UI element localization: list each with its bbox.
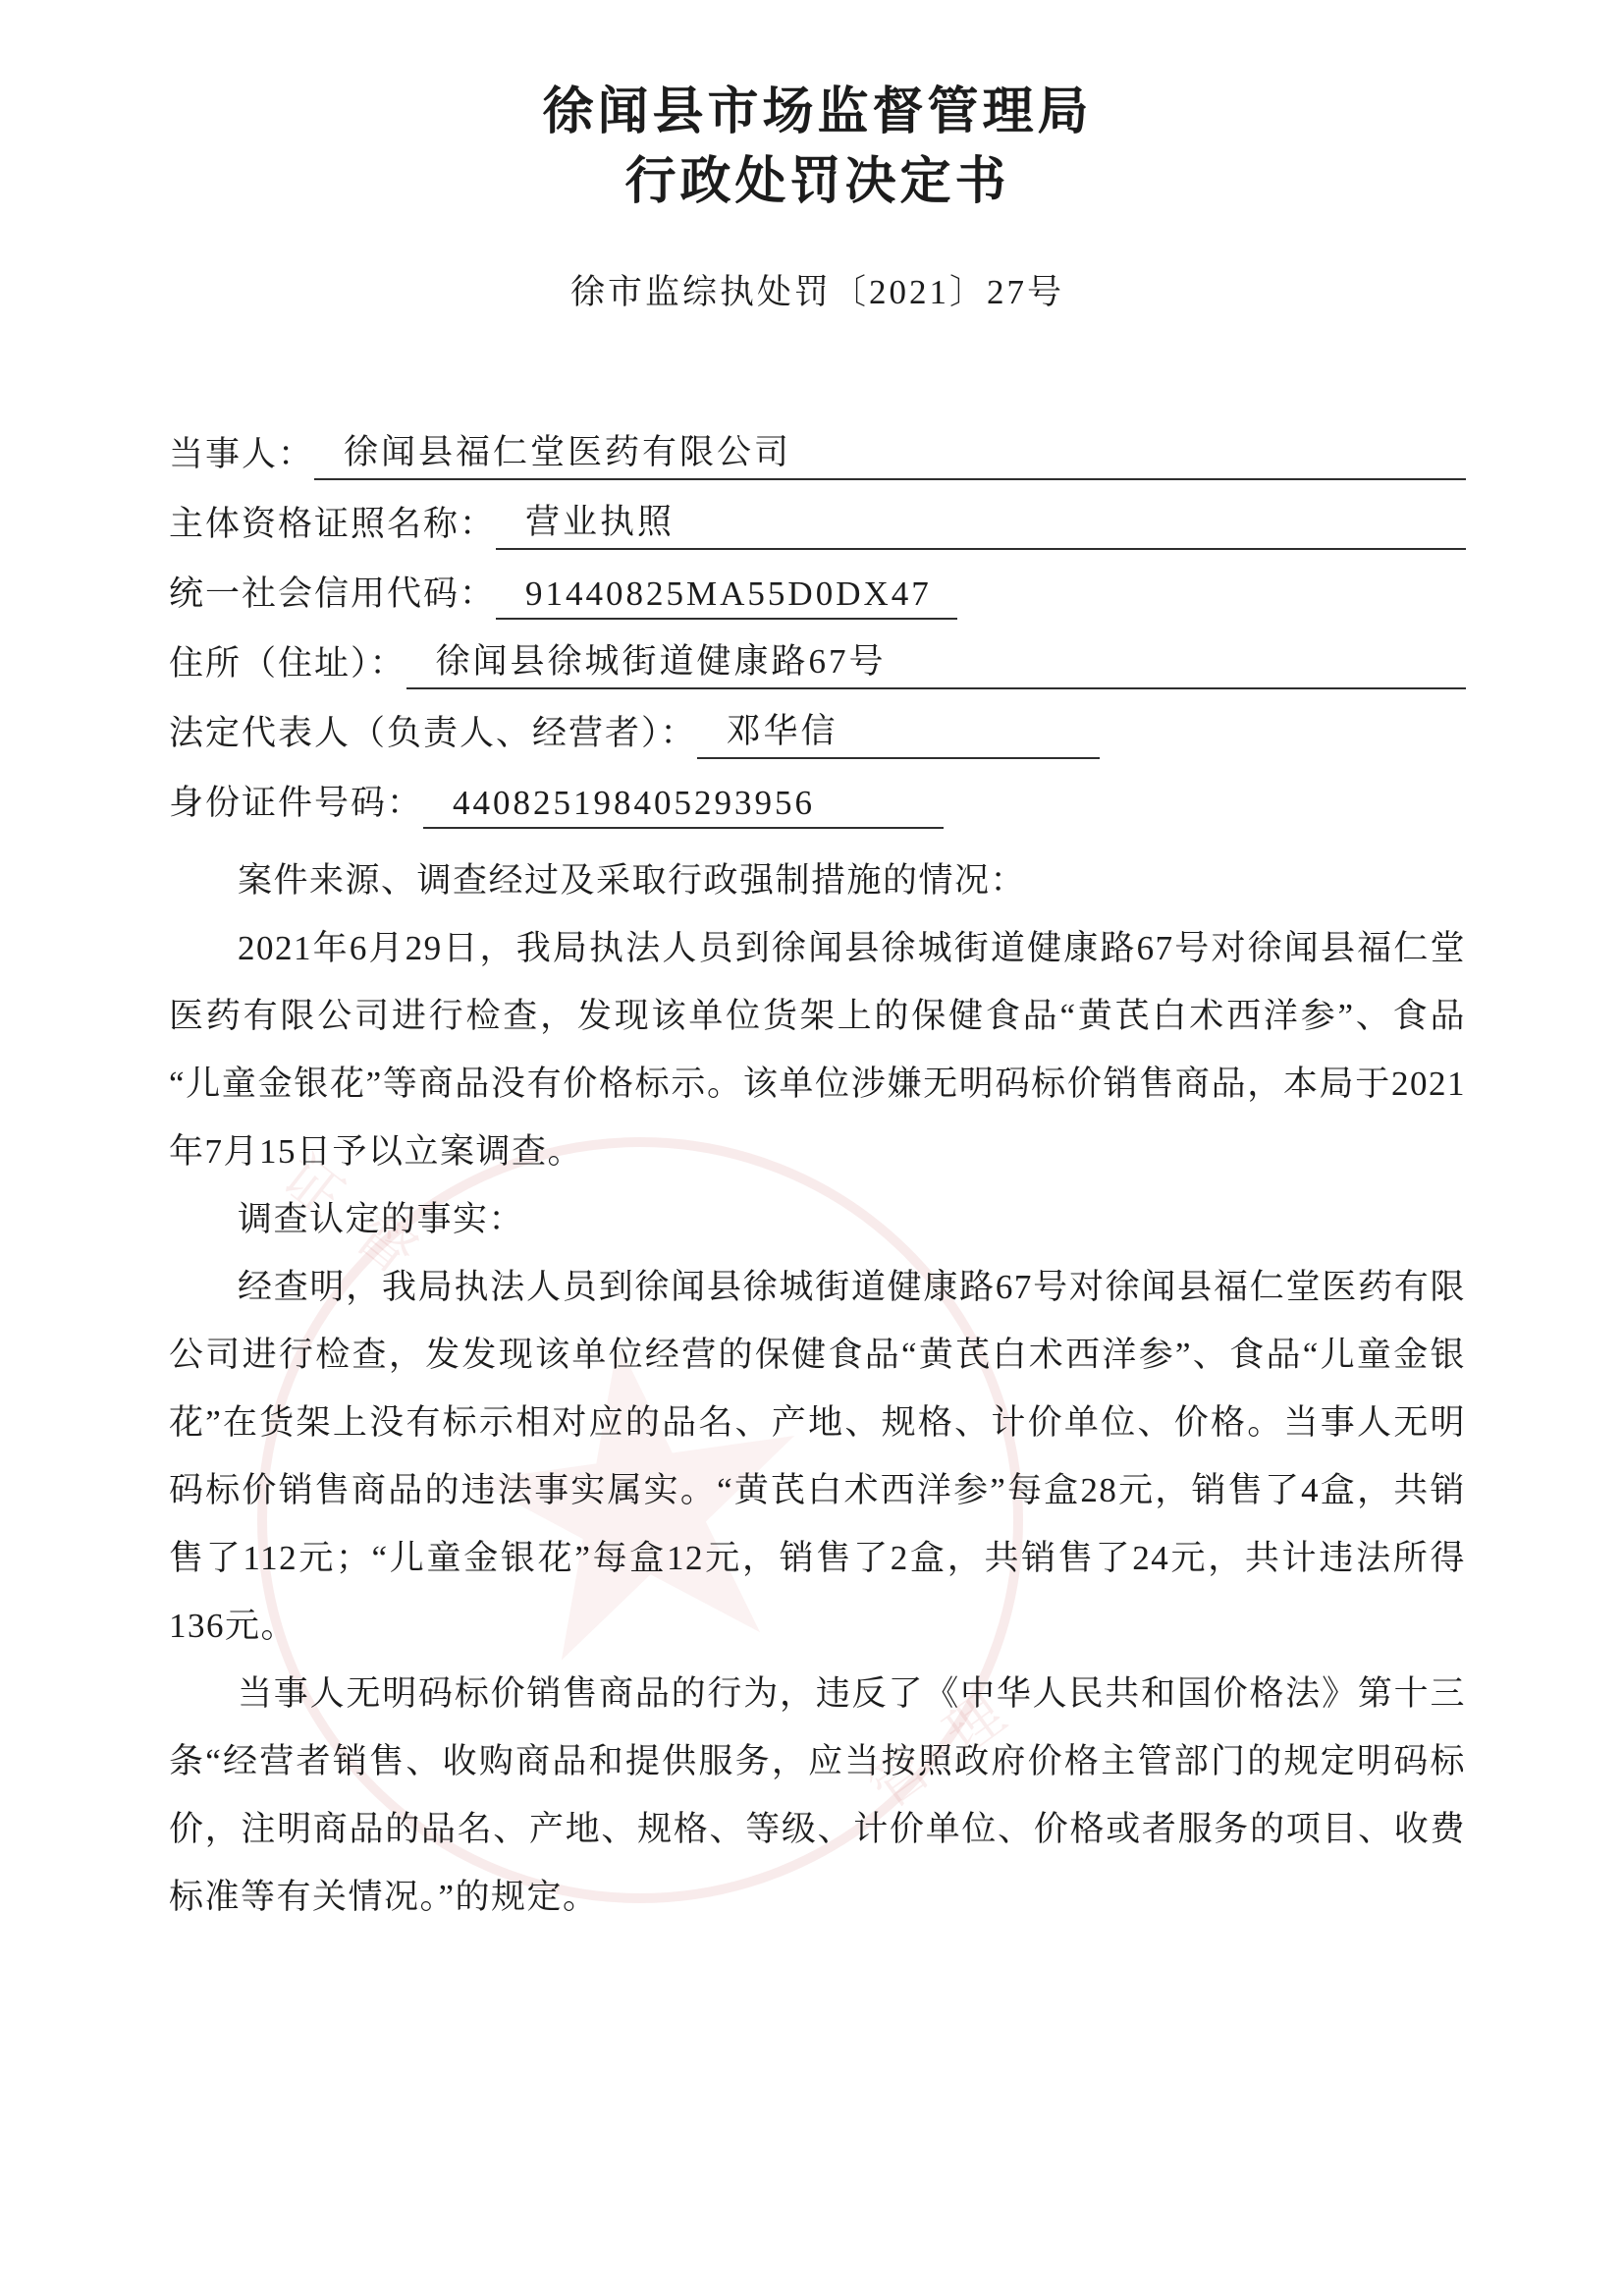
field-value-credit-code: 91440825MA55D0DX47 (496, 574, 957, 620)
document-number: 徐市监综执处罚〔2021〕27号 (169, 265, 1466, 314)
field-value-legal-representative: 邓华信 (697, 704, 1100, 759)
document-body: 案件来源、调查经过及采取行政强制措施的情况： 2021年6月29日，我局执法人员… (169, 847, 1466, 1931)
field-value-id-number: 440825198405293956 (423, 784, 944, 829)
paragraph-case-source-detail: 2021年6月29日，我局执法人员到徐闻县徐城街道健康路67号对徐闻县福仁堂医药… (169, 914, 1466, 1185)
field-label-id-number: 身份证件号码： (169, 776, 423, 829)
paragraph-facts-heading: 调查认定的事实： (169, 1185, 1466, 1253)
field-value-license-type: 营业执照 (496, 495, 1466, 550)
paragraph-facts-detail: 经查明，我局执法人员到徐闻县徐城街道健康路67号对徐闻县福仁堂医药有限公司进行检… (169, 1253, 1466, 1660)
field-label-credit-code: 统一社会信用代码： (169, 567, 496, 620)
paragraph-case-source-heading: 案件来源、调查经过及采取行政强制措施的情况： (169, 847, 1466, 914)
field-row-legal-representative: 法定代表人（负责人、经营者）： 邓华信 (169, 689, 1466, 759)
field-row-party: 当事人： 徐闻县福仁堂医药有限公司 (169, 410, 1466, 480)
field-row-license-type: 主体资格证照名称： 营业执照 (169, 480, 1466, 550)
document-title-type: 行政处罚决定书 (169, 150, 1466, 214)
field-label-party: 当事人： (169, 427, 314, 480)
field-row-credit-code: 统一社会信用代码： 91440825MA55D0DX47 (169, 550, 1466, 620)
document-title-agency: 徐闻县市场监督管理局 (169, 81, 1466, 144)
field-value-address: 徐闻县徐城街道健康路67号 (406, 634, 1466, 689)
document-content: 徐闻县市场监督管理局 行政处罚决定书 徐市监综执处罚〔2021〕27号 当事人：… (169, 0, 1466, 1931)
paragraph-legal-basis: 当事人无明码标价销售商品的行为，违反了《中华人民共和国价格法》第十三条“经营者销… (169, 1660, 1466, 1931)
field-label-legal-representative: 法定代表人（负责人、经营者）： (169, 706, 697, 759)
field-value-party: 徐闻县福仁堂医药有限公司 (314, 425, 1466, 480)
field-row-id-number: 身份证件号码： 440825198405293956 (169, 759, 1466, 829)
field-label-license-type: 主体资格证照名称： (169, 497, 496, 550)
party-information-fields: 当事人： 徐闻县福仁堂医药有限公司 主体资格证照名称： 营业执照 统一社会信用代… (169, 410, 1466, 829)
field-row-address: 住所（住址）： 徐闻县徐城街道健康路67号 (169, 620, 1466, 689)
field-label-address: 住所（住址）： (169, 636, 406, 689)
scanned-document-page: ★ 证 督 管 理 徐闻县市场监督管理局 行政处罚决定书 徐市监综执处罚〔202… (0, 0, 1623, 2296)
